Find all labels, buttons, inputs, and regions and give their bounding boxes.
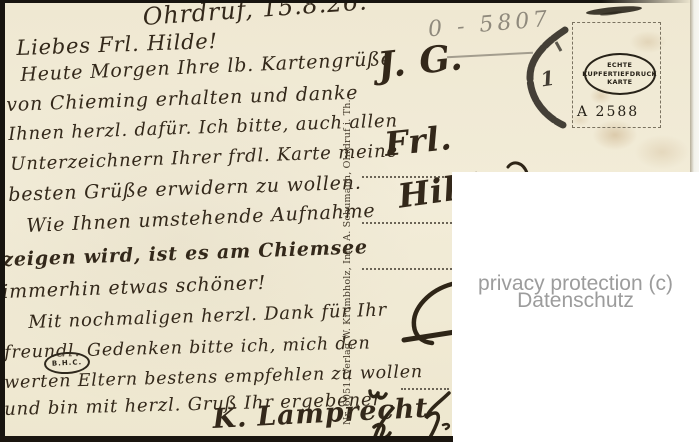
message-line: immerhin etwas schöner! bbox=[2, 274, 266, 302]
postmark-digit: 1 bbox=[539, 66, 556, 92]
kupfertiefdruck-seal: ECHTE KUPFERTIEFDRUCK KARTE bbox=[584, 53, 656, 95]
privacy-text-line2: Datenschutz bbox=[452, 293, 699, 310]
postmark: 1 bbox=[518, 20, 588, 135]
card-edge-left bbox=[0, 0, 5, 442]
message-line: Wie Ihnen umstehende Aufnahme bbox=[26, 202, 376, 236]
date-line: Ohrdruf, 15.8.26. bbox=[142, 0, 368, 29]
collector-mark-label: B.H.C. bbox=[52, 358, 83, 368]
message-line: Mit nochmaligen herzl. Dank für Ihr bbox=[28, 301, 387, 332]
message-line: Unterzeichnern Ihrer frdl. Karte meine bbox=[10, 142, 398, 174]
message-line: zeigen wird, ist es am Chiemsee bbox=[2, 238, 368, 270]
publisher-imprint: Nr. 6051. Verlag W. Krumbholz, Inh. A. S… bbox=[342, 115, 356, 425]
handwriting-fragments bbox=[360, 150, 460, 442]
seal-line-3: KARTE bbox=[607, 79, 632, 87]
card-edge-bottom bbox=[0, 436, 453, 442]
message-line: besten Grüße erwidern zu wollen. bbox=[8, 174, 362, 205]
card-edge-top bbox=[0, 0, 699, 3]
privacy-overlay: privacy protection (c) Datenschutz bbox=[452, 172, 699, 442]
seal-line-2: KUPFERTIEFDRUCK bbox=[583, 70, 658, 78]
salutation: Liebes Frl. Hilde! bbox=[16, 31, 218, 59]
seal-line-1: ECHTE bbox=[607, 61, 632, 69]
postcard-scan: Ohrdruf, 15.8.26. Liebes Frl. Hilde! Heu… bbox=[0, 0, 699, 442]
message-line: Ihnen herzl. dafür. Ich bitte, auch alle… bbox=[8, 112, 398, 144]
sender-initials: J. G. bbox=[376, 39, 465, 84]
card-edge-right bbox=[690, 0, 699, 172]
message-line: von Chieming erhalten und danke bbox=[6, 84, 359, 115]
